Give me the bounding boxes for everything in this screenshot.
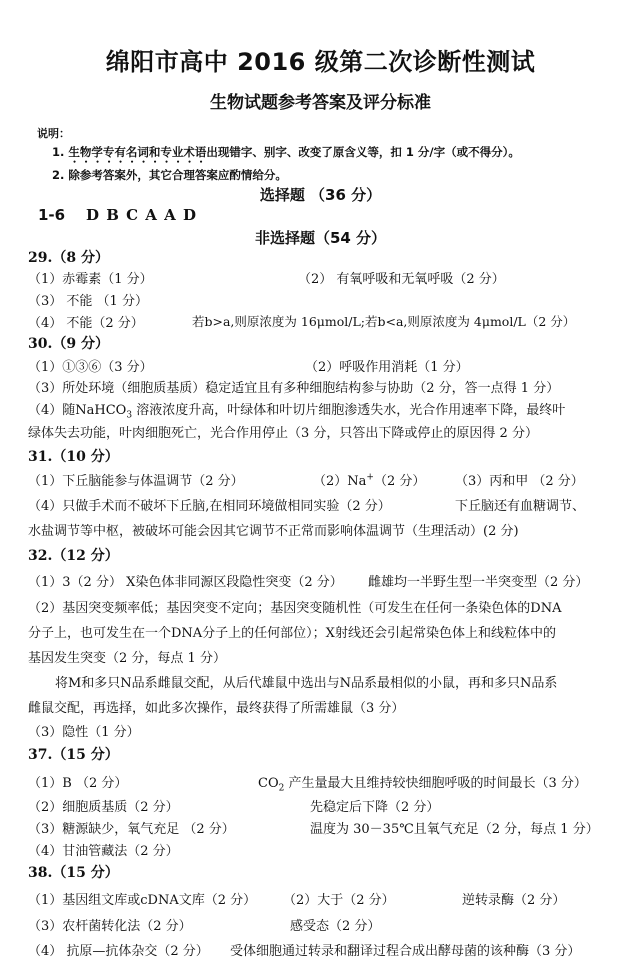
- q31-answer-4c: 水盐调节等中枢，被破坏可能会因其它调节不正常而影响体温调节（生理活动）(2 分): [28, 520, 519, 539]
- q32-answer-1b: 雌雄均一半野生型一半突变型（2 分）: [368, 571, 588, 590]
- mc-range: 1-6: [38, 206, 65, 224]
- q38-answer-4a: （4） 抗原—抗体杂交（2 分）: [28, 940, 209, 959]
- q30-answer-4-line1: （4）随NaHCO3 溶液浓度升高，叶绿体和叶切片细胞渗透失水，光合作用速率下降…: [28, 399, 565, 421]
- q32-answer-1a: （1）3（2 分） X染色体非同源区段隐性突变（2 分）: [28, 571, 343, 590]
- q30-answer-3: （3）所处环境（细胞质基质）稳定适宜且有多种细胞结构参与协助（2 分，答一点得 …: [28, 377, 559, 396]
- question-38-heading: 38.（15 分）: [28, 862, 119, 882]
- q29-answer-1: （1）赤霉素（1 分）: [28, 268, 153, 287]
- q30-answer-1: （1）①③⑥（3 分）: [28, 356, 153, 375]
- text: （2）Na: [313, 474, 366, 489]
- q32-answer-2-line4: 将M和多只N品系雌鼠交配，从后代雄鼠中选出与N品系最相似的小鼠，再和多只N品系: [55, 672, 557, 691]
- note-text: 除参考答案外，其它合理答案应酌情给分。: [68, 168, 287, 182]
- text: CO: [258, 776, 279, 791]
- notes-label: 说明：: [37, 125, 70, 141]
- q30-answer-2: （2）呼吸作用消耗（1 分）: [305, 356, 469, 375]
- q37-answer-4: （4）甘油管藏法（2 分）: [28, 840, 179, 859]
- q38-answer-3b: 感受态（2 分）: [290, 915, 380, 934]
- q37-answer-1a: （1）B （2 分）: [28, 772, 127, 791]
- q30-answer-4-line2: 绿体失去功能，叶肉细胞死亡，光合作用停止（3 分，只答出下降或停止的原因得 2 …: [28, 422, 538, 441]
- q38-answer-2a: （2）大于（2 分）: [283, 889, 395, 908]
- q38-answer-3a: （3）农杆菌转化法（2 分）: [28, 915, 192, 934]
- q31-answer-2: （2）Na+（2 分）: [313, 470, 425, 489]
- question-32-heading: 32.（12 分）: [28, 545, 119, 565]
- q29-answer-4b: 若b>a,则原浓度为 16μmol/L;若b<a,则原浓度为 4μmol/L（2…: [192, 312, 575, 330]
- q37-answer-2a: （2）细胞质基质（2 分）: [28, 796, 179, 815]
- q29-answer-3: （3） 不能 （1 分）: [28, 290, 148, 309]
- superscript: +: [366, 473, 374, 483]
- q32-answer-3: （3）隐性（1 分）: [28, 721, 140, 740]
- q29-answer-2: （2） 有氧呼吸和无氧呼吸（2 分）: [298, 268, 505, 287]
- section-heading-choice: 选择题 （36 分）: [0, 184, 641, 205]
- note-item-2: 2. 除参考答案外，其它合理答案应酌情给分。: [52, 167, 287, 183]
- q32-answer-2-line2: 分子上，也可发生在一个DNA分子上的任何部位）；X射线还会引起常染色体上和线粒体…: [28, 622, 556, 641]
- q37-answer-1b: CO2 产生量最大且维持较快细胞呼吸的时间最长（3 分）: [258, 772, 587, 794]
- q32-answer-2-line1: （2）基因突变频率低；基因突变不定向；基因突变随机性（可发生在任何一条染色体的D…: [28, 597, 561, 616]
- mc-answers: D B C A A D: [86, 206, 197, 224]
- q31-answer-4b: 下丘脑还有血糖调节、: [455, 495, 585, 514]
- q31-answer-4a: （4）只做手术而不破坏下丘脑,在相同环境做相同实验（2 分）: [28, 495, 391, 514]
- q32-answer-2-line5: 雌鼠交配，再选择，如此多次操作，最终获得了所需雄鼠（3 分）: [28, 697, 404, 716]
- section-heading-non-choice: 非选择题（54 分）: [0, 227, 641, 248]
- note-item-1: 1. 生物学专有名词和专业术语出现错字、别字、改变了原含义等，扣 1 分/字（或…: [52, 144, 520, 166]
- note-number: 1.: [52, 145, 64, 159]
- text: 溶液浓度升高，叶绿体和叶切片细胞渗透失水，光合作用速率下降，最终叶: [132, 403, 565, 418]
- question-31-heading: 31.（10 分）: [28, 446, 119, 466]
- document-title: 绵阳市高中 2016 级第二次诊断性测试: [0, 42, 641, 77]
- q38-answer-4b: 受体细胞通过转录和翻译过程合成出酵母菌的该种酶（3 分）: [230, 940, 580, 959]
- q37-answer-3a: （3）糖源缺少，氧气充足 （2 分）: [28, 818, 235, 837]
- question-37-heading: 37.（15 分）: [28, 744, 119, 764]
- question-29-heading: 29.（8 分）: [28, 247, 109, 267]
- q38-answer-1: （1）基因组文库或cDNA文库（2 分）: [28, 889, 256, 908]
- q38-answer-2b: 逆转录酶（2 分）: [462, 889, 565, 908]
- q29-answer-4a: （4） 不能（2 分）: [28, 312, 144, 331]
- note-emphasis: 生物学专有名词和专业术语: [68, 145, 206, 159]
- note-number: 2.: [52, 168, 64, 182]
- q31-answer-1: （1）下丘脑能参与体温调节（2 分）: [28, 470, 244, 489]
- q37-answer-2b: 先稳定后下降（2 分）: [310, 796, 439, 815]
- document-subtitle: 生物试题参考答案及评分标准: [0, 88, 641, 113]
- text: 产生量最大且维持较快细胞呼吸的时间最长（3 分）: [284, 776, 587, 791]
- question-30-heading: 30.（9 分）: [28, 333, 109, 353]
- note-text: 出现错字、别字、改变了原含义等，扣 1 分/字（或不得分）。: [206, 145, 519, 159]
- text: （4）随NaHCO: [28, 403, 126, 418]
- q31-answer-3: （3）丙和甲 （2 分）: [455, 470, 584, 489]
- text: （2 分）: [374, 474, 425, 489]
- q32-answer-2-line3: 基因发生突变（2 分，每点 1 分）: [28, 647, 226, 666]
- q37-answer-3b: 温度为 30－35℃且氧气充足（2 分，每点 1 分）: [310, 818, 599, 837]
